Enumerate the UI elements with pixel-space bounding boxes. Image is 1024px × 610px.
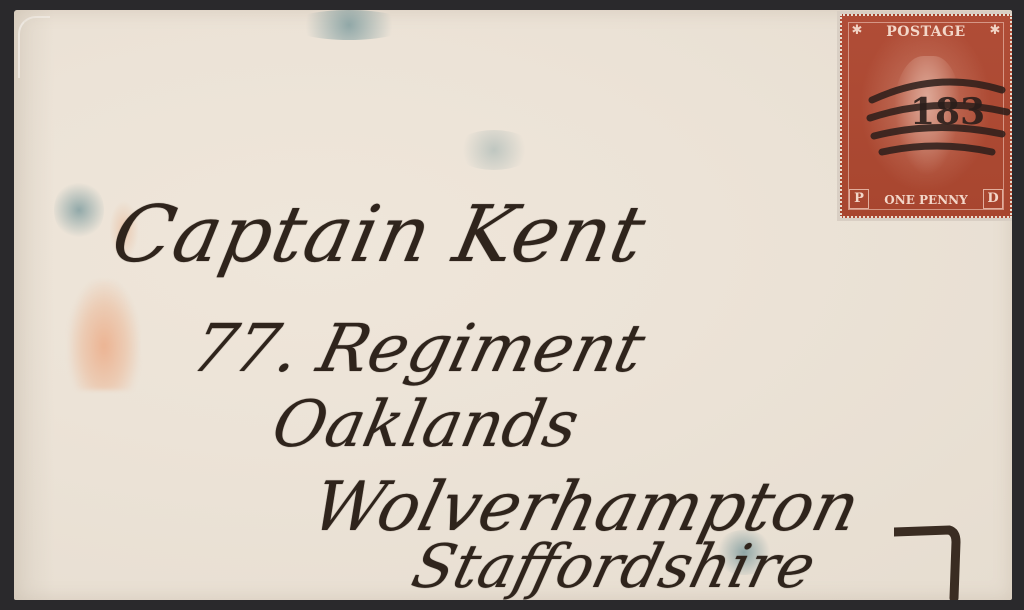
- envelope: ✱ ✱ POSTAGE ONE PENNY P D 183 Captain Ke…: [14, 10, 1012, 600]
- stamp-top-text: POSTAGE: [842, 24, 1010, 40]
- blue-stain: [54, 180, 104, 240]
- orange-stain: [69, 280, 139, 390]
- blue-stain: [289, 10, 409, 40]
- address-line-house: Oaklands: [266, 388, 585, 462]
- stamp-value-text: ONE PENNY: [848, 190, 1004, 210]
- corner-crease: [18, 16, 50, 78]
- ink-flourish-icon: [894, 520, 964, 600]
- address-line-name: Captain Kent: [104, 190, 653, 280]
- stamp-corner-letter-right: D: [983, 189, 1003, 209]
- envelope-edge-fold: [14, 10, 54, 600]
- numeral-cancellation-icon: 183: [862, 60, 1012, 160]
- svg-text:183: 183: [910, 91, 985, 133]
- address-line-regiment: 77. Regiment: [184, 310, 652, 387]
- address-line-county: Staffordshire: [405, 532, 822, 600]
- blue-stain: [454, 130, 534, 170]
- stamp-corner-letter-left: P: [849, 189, 869, 209]
- postage-stamp: ✱ ✱ POSTAGE ONE PENNY P D 183: [840, 14, 1012, 218]
